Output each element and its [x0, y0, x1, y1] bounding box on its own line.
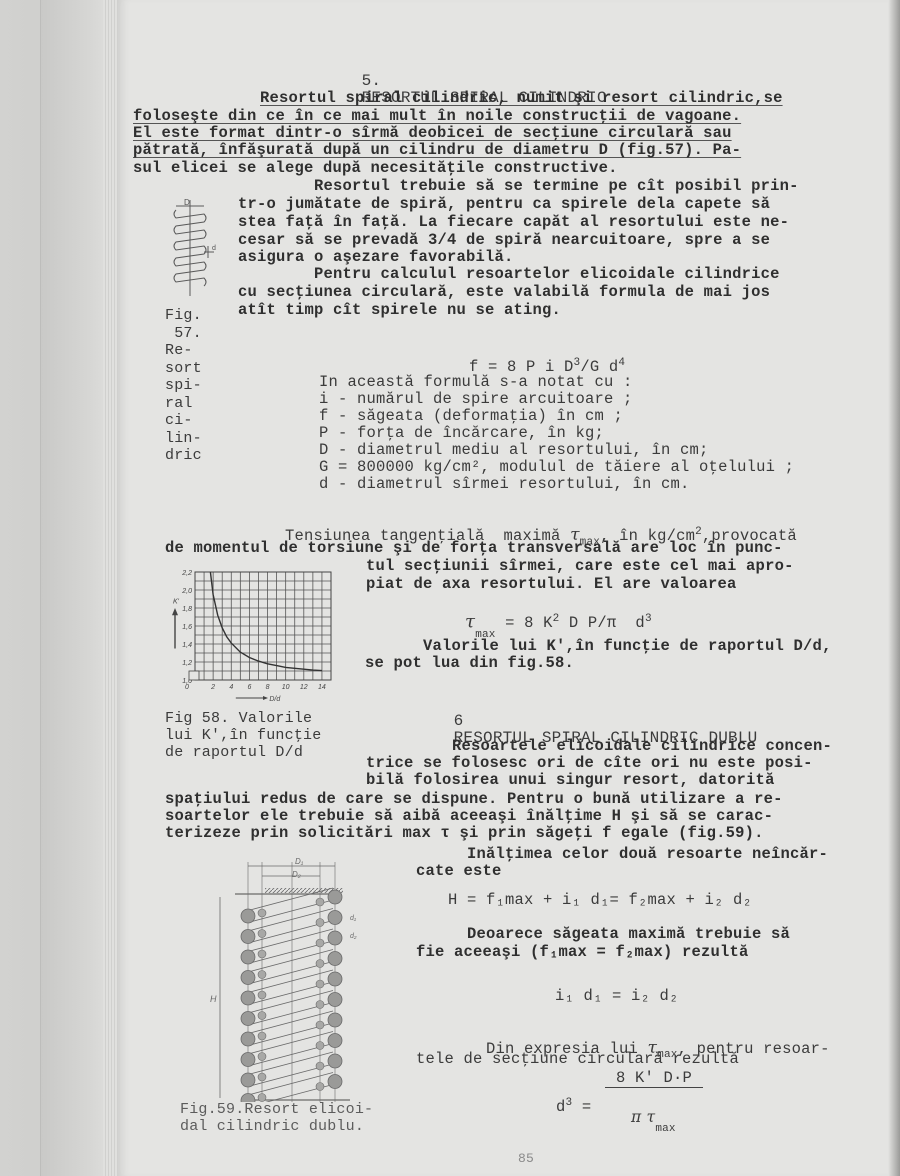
section-5-paragraph-1-line: foloseşte din ce în ce mai mult în noile…	[133, 108, 741, 125]
svg-text:4: 4	[229, 684, 233, 691]
section-6-paragraph-1-line: Resoartele elicoidale cilindrice concen-	[452, 738, 832, 755]
fig58-caption-line: de raportul D/d	[165, 744, 303, 761]
notation-item-line: P - forţa de încărcare, în kg;	[319, 425, 604, 442]
page-stack-edges	[103, 0, 119, 1176]
notation-item-line: i - numărul de spire arcuitoare ;	[319, 391, 633, 408]
svg-text:12: 12	[300, 684, 308, 691]
fig57-caption-line: lin-	[165, 430, 202, 447]
svg-text:1,8: 1,8	[182, 606, 192, 613]
fig59-caption-line: dal cilindric dublu.	[180, 1118, 364, 1135]
section-6-paragraph-2-line: Inălţimea celor două resoarte neîncăr-	[467, 846, 828, 863]
section-5-paragraph-2-line: cesar să se prevadă 3/4 de spiră nearcui…	[238, 232, 770, 249]
fig57-caption-line: spi-	[165, 377, 202, 394]
section-6-paragraph-3-line: Deoarece săgeata maximă trebuie să	[467, 926, 790, 943]
svg-text:H: H	[210, 994, 217, 1004]
section-5-paragraph-1-line: El este format dintr-o sîrmă deobicei de…	[133, 125, 732, 142]
svg-text:2,0: 2,0	[181, 588, 192, 595]
fig57-caption-line: sort	[165, 360, 202, 377]
kvalues-paragraph-line: se pot lua din fig.58.	[365, 655, 574, 672]
svg-text:d₂: d₂	[350, 933, 357, 940]
notation-item-line: d - diametrul sîrmei resortului, în cm.	[319, 476, 690, 493]
page-number: 85	[518, 1150, 534, 1167]
fig57-caption-line: dric	[165, 447, 202, 464]
formula-wire-diameter-lhs: d3 =	[537, 1078, 601, 1116]
section-6-paragraph-1-line: spaţiului redus de care se dispune. Pent…	[165, 791, 783, 808]
fig59-caption-line: Fig.59.Resort elicoi-	[180, 1101, 373, 1118]
notation-item-line: G = 800000 kg/cm², modulul de tăiere al …	[319, 459, 794, 476]
svg-text:10: 10	[282, 684, 290, 691]
section-5-paragraph-2-line: Resortul trebuie să se termine pe cît po…	[314, 178, 799, 195]
svg-text:2,2: 2,2	[181, 570, 192, 577]
svg-text:6: 6	[247, 684, 251, 691]
notation-item-line: f - săgeata (deformaţia) în cm ;	[319, 408, 623, 425]
formula-equality: i₁ d₁ = i₂ d₂	[555, 988, 679, 1005]
svg-text:1,4: 1,4	[182, 642, 192, 649]
fig59-double-spring-drawing: D₁D₂Hd₁d₂	[200, 850, 400, 1102]
fig57-caption-line: Re-	[165, 342, 193, 359]
tension-paragraph-line: piat de axa resortului. El are valoarea	[366, 576, 737, 593]
svg-text:K': K'	[173, 599, 180, 606]
formula-numerator: 8 K' D·P	[605, 1070, 703, 1088]
notation-item-line: D - diametrul mediu al resortului, în cm…	[319, 442, 709, 459]
page-right-shadow	[888, 0, 900, 1176]
section-5-paragraph-2-line: stea faţă în faţă. La fiecare capăt al r…	[238, 214, 789, 231]
fig57-label-d: d	[212, 245, 216, 252]
svg-text:14: 14	[318, 684, 326, 691]
fig57-caption-line: ral	[165, 395, 193, 412]
fig57-caption-line: ci-	[165, 412, 193, 429]
section-5-paragraph-3-line: atît timp cît spirele nu se ating.	[238, 302, 561, 319]
section-5-paragraph-1-line: Resortul spiral cilindric, numit şi reso…	[260, 90, 783, 107]
section-5-paragraph-3-line: cu secţiunea circulară, este valabilă fo…	[238, 284, 770, 301]
fig58-caption-line: lui K',în funcţie	[165, 727, 321, 744]
section-6-paragraph-1-line: terizeze prin solicitări max τ şi prin s…	[165, 825, 764, 842]
fig57-caption-line: 57.	[165, 325, 202, 342]
formula-denominator: π τmax	[612, 1092, 676, 1133]
svg-text:D₁: D₁	[295, 857, 304, 866]
svg-text:1,2: 1,2	[182, 660, 192, 667]
section-6-paragraph-1-line: trice se folosesc ori de cîte ori nu est…	[366, 755, 813, 772]
section-6-paragraph-1-line: soartelor ele trebuie să aibă aceeaşi în…	[165, 808, 773, 825]
fig57-spring-drawing: D d	[168, 196, 228, 306]
svg-text:D₂: D₂	[292, 870, 301, 879]
section-6-paragraph-3-line: fie aceeaşi (f₁max = f₂max) rezultă	[416, 944, 749, 961]
svg-text:d₁: d₁	[350, 915, 357, 922]
section-5-paragraph-1-line: pătrată, înfăşurată după un cilindru de …	[133, 142, 741, 159]
svg-text:0: 0	[185, 684, 189, 691]
formula-deflection: f = 8 P i D3/G d4	[450, 338, 625, 376]
formula-height: H = f₁max + i₁ d₁= f₂max + i₂ d₂	[448, 892, 752, 909]
tension-paragraph-line: tul secţiunii sîrmei, care este cel mai …	[366, 558, 794, 575]
fig58-kprime-chart: 1,01,21,41,61,82,02,202468101214K'D/d	[165, 562, 345, 702]
svg-text:2: 2	[210, 684, 215, 691]
notation-intro: In această formulă s-a notat cu :	[319, 374, 633, 391]
section-6-paragraph-2-line: cate este	[416, 863, 502, 880]
section-5-paragraph-3-line: Pentru calculul resoartelor elicoidale c…	[314, 266, 780, 283]
fig57-caption-line: Fig.	[165, 307, 202, 324]
section-6-paragraph-1-line: bilă folosirea unui singur resort, dator…	[366, 772, 775, 789]
section-5-number: 5.	[362, 72, 382, 90]
kvalues-paragraph-line: Valorile lui K',în funcţie de raportul D…	[423, 638, 832, 655]
fig58-caption-line: Fig 58. Valorile	[165, 710, 312, 727]
svg-text:1,6: 1,6	[182, 624, 192, 631]
section-5-paragraph-2-line: asigura o aşezare favorabilă.	[238, 249, 514, 266]
section-6-paragraph-4-line-2: tele de secţiune circulară rezultă	[416, 1051, 739, 1068]
fig57-label-D: D	[184, 198, 190, 207]
formula-tau-max: τmax = 8 K2 D P/π d3	[446, 594, 652, 638]
svg-text:8: 8	[266, 684, 270, 691]
section-5-paragraph-2-line: tr-o jumătate de spiră, pentru ca spirel…	[238, 196, 770, 213]
tension-paragraph-line: de momentul de torsiune şi de forţa tran…	[165, 540, 783, 557]
svg-text:D/d: D/d	[269, 696, 281, 702]
section-5-paragraph-1-line: sul elicei se alege după necesităţile co…	[133, 160, 618, 177]
